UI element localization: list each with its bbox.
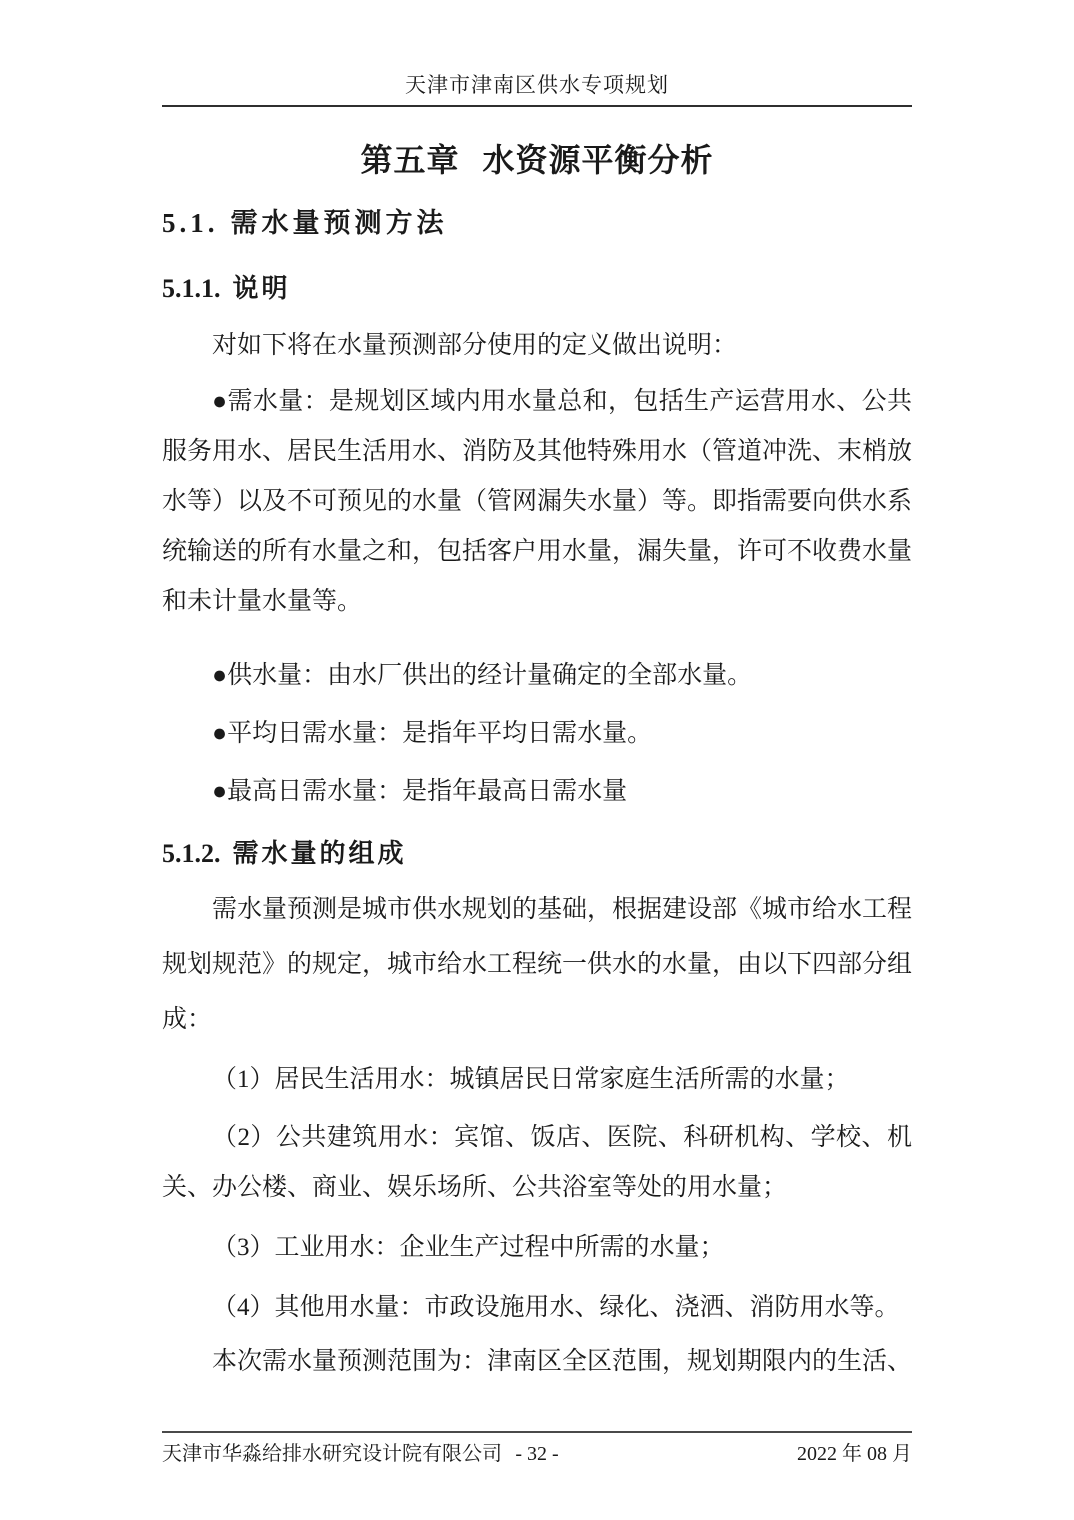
section-number: 5.1.2. <box>162 839 221 868</box>
section-heading-5-1-2: 5.1.2.需水量的组成 <box>162 833 912 878</box>
paragraph-definitions-intro: 对如下将在水量预测部分使用的定义做出说明： <box>162 321 912 371</box>
page-content: 天津市津南区供水专项规划 第五章 水资源平衡分析 5.1.需水量预测方法 5.1… <box>162 0 912 1387</box>
section-title: 说明 <box>233 273 291 303</box>
list-item-other-water: （4）其他用水量：市政设施用水、绿化、浇洒、消防用水等。 <box>162 1283 912 1333</box>
section-heading-5-1: 5.1.需水量预测方法 <box>162 203 912 248</box>
section-number: 5.1. <box>162 208 219 238</box>
document-page: 天津市津南区供水专项规划 第五章 水资源平衡分析 5.1.需水量预测方法 5.1… <box>0 0 1074 1520</box>
section-title: 需水量的组成 <box>233 838 407 868</box>
list-item-residential-water: （1）居民生活用水：城镇居民日常家庭生活所需的水量； <box>162 1055 912 1105</box>
footer-company-name: 天津市华淼给排水研究设计院有限公司 <box>162 1441 502 1467</box>
page-header: 天津市津南区供水专项规划 <box>162 0 912 107</box>
header-running-title: 天津市津南区供水专项规划 <box>405 73 669 97</box>
paragraph-composition-intro: 需水量预测是城市供水规划的基础，根据建设部《城市给水工程规划规范》的规定，城市给… <box>162 882 912 1047</box>
list-item-public-building-water: （2）公共建筑用水：宾馆、饭店、医院、科研机构、学校、机关、办公楼、商业、娱乐场… <box>162 1113 912 1213</box>
paragraph-supply-definition: ●供水量：由水厂供出的经计量确定的全部水量。 <box>162 651 912 701</box>
section-title: 需水量预测方法 <box>231 208 448 238</box>
footer-page-number: - 32 - <box>515 1441 558 1467</box>
paragraph-demand-definition: ●需水量：是规划区域内用水量总和，包括生产运营用水、公共服务用水、居民生活用水、… <box>162 377 912 627</box>
paragraph-average-daily-definition: ●平均日需水量：是指年平均日需水量。 <box>162 709 912 759</box>
list-item-industrial-water: （3）工业用水：企业生产过程中所需的水量； <box>162 1223 912 1273</box>
page-footer: 天津市华淼给排水研究设计院有限公司 - 32 - 2022 年 08 月 <box>162 1431 912 1467</box>
paragraph-max-daily-definition: ●最高日需水量：是指年最高日需水量 <box>162 767 912 817</box>
section-heading-5-1-1: 5.1.1.说明 <box>162 268 912 313</box>
paragraph-forecast-scope: 本次需水量预测范围为：津南区全区范围，规划期限内的生活、 <box>162 1337 912 1387</box>
footer-date: 2022 年 08 月 <box>797 1441 912 1467</box>
section-number: 5.1.1. <box>162 274 221 303</box>
chapter-title: 第五章 水资源平衡分析 <box>162 137 912 183</box>
